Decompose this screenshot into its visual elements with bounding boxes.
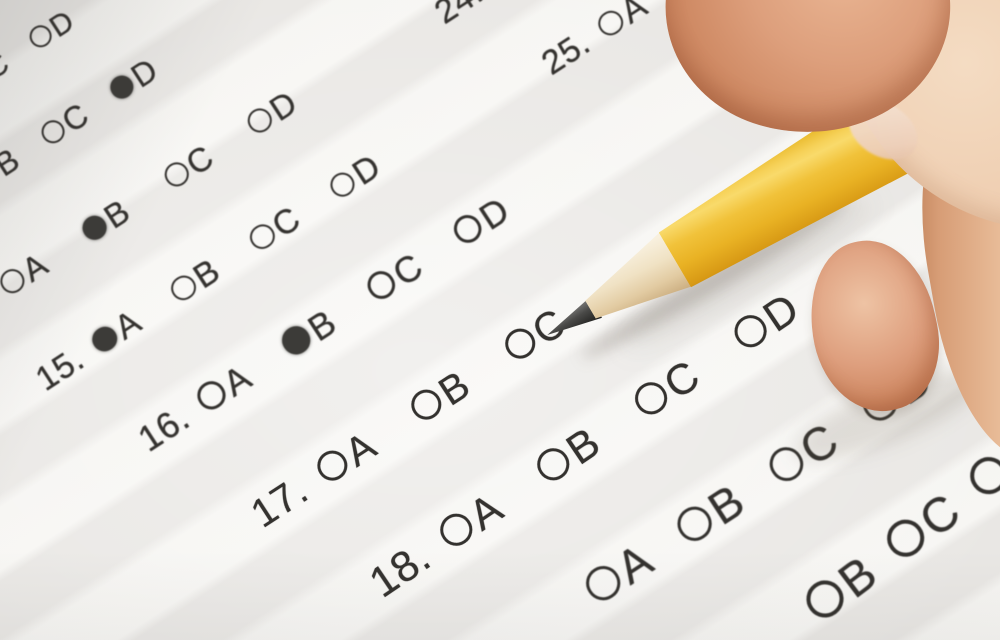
photo-answer-sheet: C D B C D A B C D 15.A B C D 16.A B C D … <box>0 0 1000 640</box>
